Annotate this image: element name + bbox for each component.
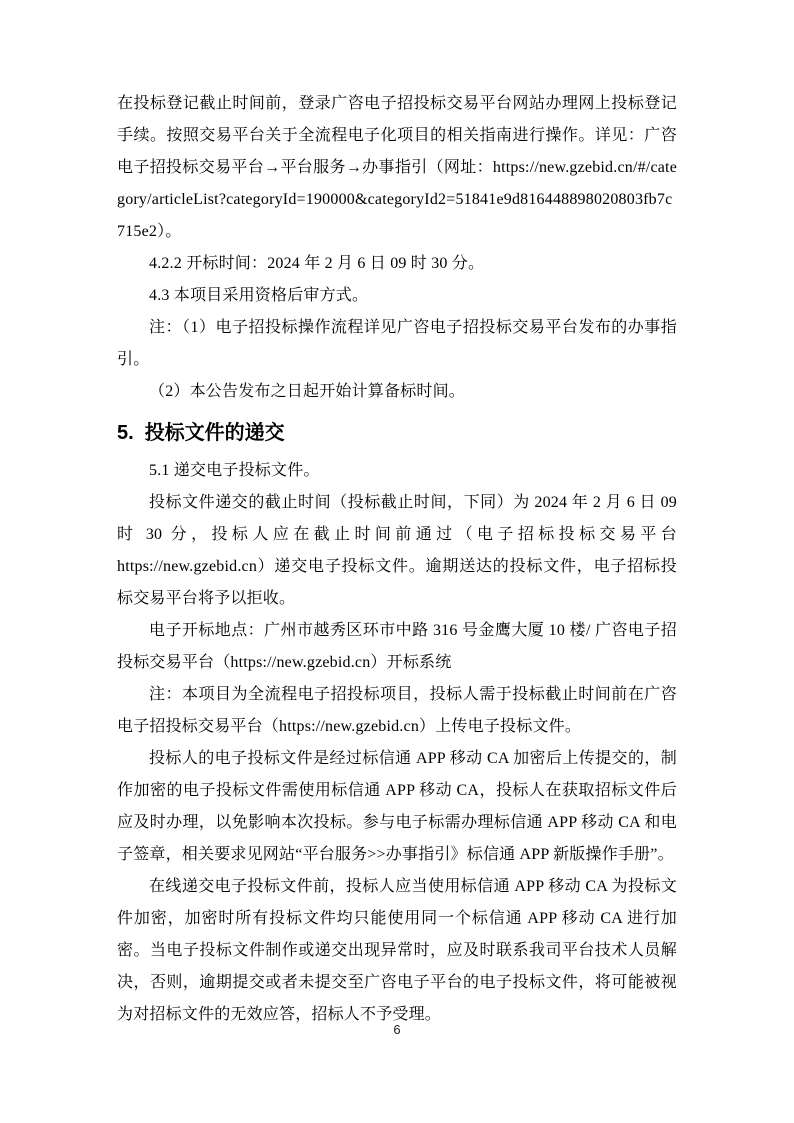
paragraph-note-1: 注：（1）电子招投标操作流程详见广咨电子招投标交易平台发布的办事指引。	[117, 312, 677, 376]
section-heading: 5.投标文件的递交	[117, 418, 677, 448]
paragraph-bid-opening-time: 4.2.2 开标时间：2024 年 2 月 6 日 09 时 30 分。	[117, 248, 677, 280]
paragraph-continuation-registration: 在投标登记截止时间前，登录广咨电子招投标交易平台网站办理网上投标登记手续。按照交…	[117, 88, 677, 248]
paragraph-mobile-ca-encryption: 投标人的电子投标文件是经过标信通 APP 移动 CA 加密后上传提交的，制作加密…	[117, 743, 677, 871]
paragraph-note-2: （2）本公告发布之日起开始计算备标时间。	[117, 376, 677, 408]
paragraph-qualification-method: 4.3 本项目采用资格后审方式。	[117, 280, 677, 312]
section-heading-number: 5.	[117, 418, 134, 448]
document-page: 在投标登记截止时间前，登录广咨电子招投标交易平台网站办理网上投标登记手续。按照交…	[0, 0, 794, 1123]
page-number: 6	[0, 1022, 794, 1037]
paragraph-submission-deadline: 投标文件递交的截止时间（投标截止时间，下同）为 2024 年 2 月 6 日 0…	[117, 487, 677, 615]
paragraph-note-full-electronic: 注：本项目为全流程电子招投标项目，投标人需于投标截止时间前在广咨电子招投标交易平…	[117, 679, 677, 743]
document-body: 在投标登记截止时间前，登录广咨电子招投标交易平台网站办理网上投标登记手续。按照交…	[117, 88, 677, 1031]
paragraph-bid-opening-location: 电子开标地点：广州市越秀区环市中路 316 号金鹰大厦 10 楼/ 广咨电子招投…	[117, 615, 677, 679]
section-heading-title: 投标文件的递交	[145, 422, 285, 444]
paragraph-5-1-submission: 5.1 递交电子投标文件。	[117, 455, 677, 487]
paragraph-online-submission-rules: 在线递交电子投标文件前，投标人应当使用标信通 APP 移动 CA 为投标文件加密…	[117, 871, 677, 1031]
